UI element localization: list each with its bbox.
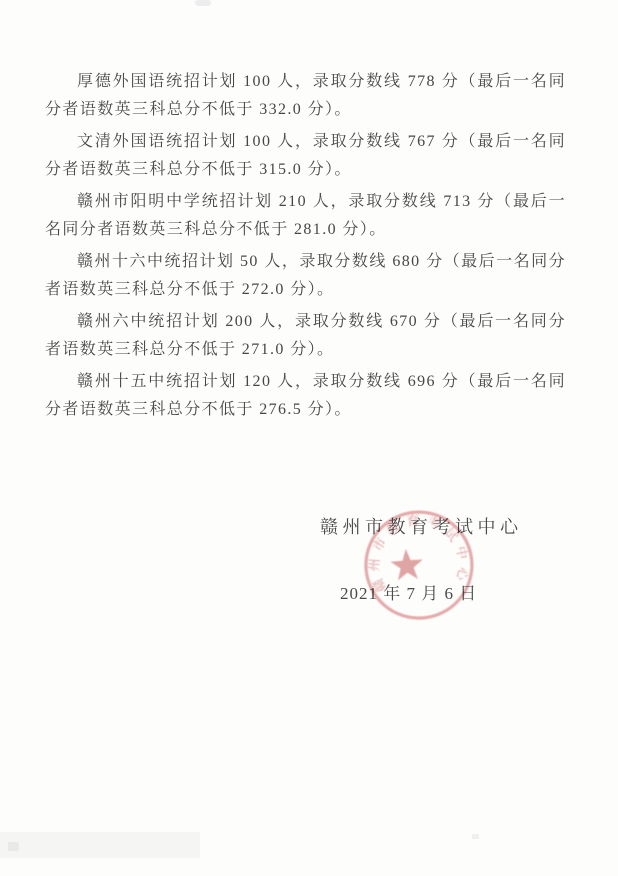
notice-paragraph: 厚德外国语统招计划 100 人，录取分数线 778 分（最后一名同分者语数英三科… (45, 68, 566, 124)
notice-paragraph: 文清外国语统招计划 100 人，录取分数线 767 分（最后一名同分者语数英三科… (45, 128, 566, 184)
star-icon (390, 548, 424, 581)
scan-smudge (8, 842, 19, 851)
notice-paragraph: 赣州十五中统招计划 120 人，录取分数线 696 分（最后一名同分者语数英三科… (45, 368, 566, 424)
issue-date: 2021 年 7 月 6 日 (340, 579, 477, 604)
notice-body: 厚德外国语统招计划 100 人，录取分数线 778 分（最后一名同分者语数英三科… (45, 68, 566, 428)
document-page: 厚德外国语统招计划 100 人，录取分数线 778 分（最后一名同分者语数英三科… (0, 0, 618, 876)
notice-paragraph: 赣州市阳明中学统招计划 210 人，录取分数线 713 分（最后一名同分者语数英… (45, 188, 566, 244)
issuer-signature: 赣州市教育考试中心 (320, 513, 523, 539)
notice-paragraph: 赣州十六中统招计划 50 人，录取分数线 680 分（最后一名同分者语数英三科总… (45, 248, 566, 304)
scan-smudge (195, 0, 211, 6)
notice-paragraph: 赣州六中统招计划 200 人，录取分数线 670 分（最后一名同分者语数英三科总… (45, 308, 566, 364)
scan-smudge (472, 834, 479, 839)
scan-smudge (0, 832, 200, 858)
